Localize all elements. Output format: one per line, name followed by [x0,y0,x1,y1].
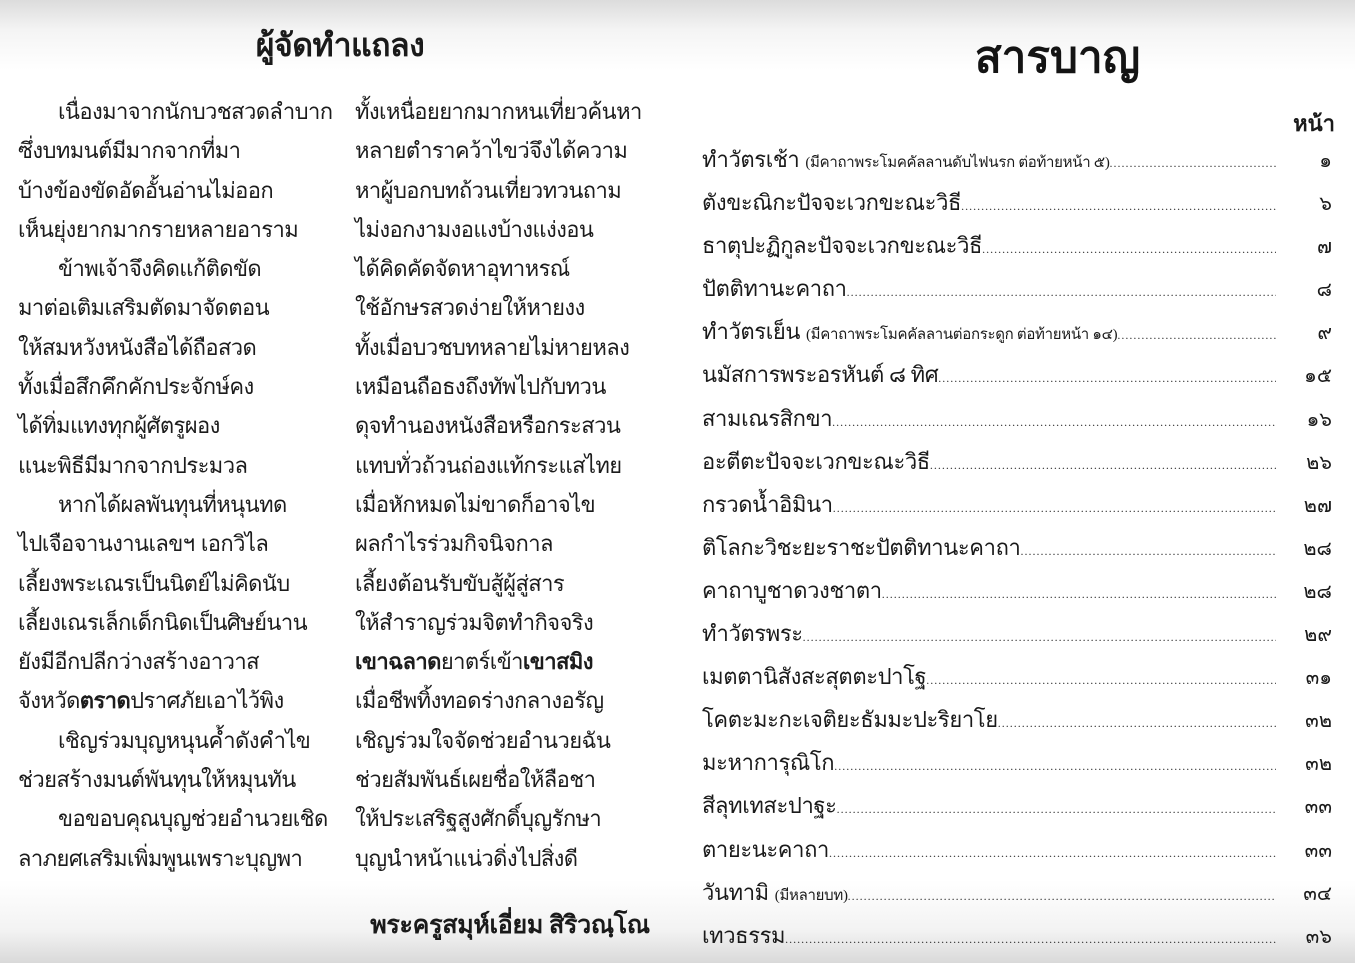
toc-entry-page: ๒๙ [1290,614,1332,657]
dot-leader: ........................................… [1117,314,1276,357]
poem-line: ไม่งอกงามงอแงบ้างแง่งอน [355,211,675,250]
toc-entry-page: ๑ [1290,140,1332,183]
toc-entry-page: ๒๘ [1290,571,1332,614]
toc-entry[interactable]: นมัสการพระอรหันต์ ๘ ทิศ ................… [702,353,1332,396]
dot-leader: ........................................… [1110,142,1276,185]
poem-line: ดุจทำนองหนังสือหรือกระสวน [355,407,675,446]
dot-leader: ........................................… [848,875,1276,918]
dot-leader: ........................................… [833,487,1276,530]
poem-emphasis: ตราด [80,689,130,714]
poem-line: เนื่องมาจากนักบวชสวดลำบาก [18,93,348,132]
poem-line: เมื่อหักหมดไม่ขาดก็อาจไข [355,486,675,525]
toc-entry-page: ๒๖ [1290,442,1332,485]
toc-entry-title: มะหาการุณิโก [702,741,834,784]
poem-text: ปราศภัยเอาไว้พิง [130,689,283,714]
author-signature: พระครูสมุห์เอี่ยม สิริวณฺโณ [350,905,670,945]
poem-line: เชิญร่วมบุญหนุนค้ำดังคำไข [18,722,348,761]
poem-line: เชิญร่วมใจจัดช่วยอำนวยฉัน [355,722,675,761]
poem-line: ผลกำไรร่วมกิจนิจกาล [355,525,675,564]
toc-entry[interactable]: สีลุทเทสะปาฐะ ..........................… [702,784,1332,827]
toc-entry-title: ติโลกะวิชะยะราชะปัตติทานะคาถา [702,526,1020,569]
toc-entry-page: ๑๕ [1290,355,1332,398]
poem-emphasis: เขาสมิง [523,650,593,675]
toc-entry-title: สีลุทเทสะปาฐะ [702,784,837,827]
poem-line: ขอขอบคุณบุญช่วยอำนวยเชิด [18,800,348,839]
poem-line: ให้สมหวังหนังสือได้ถือสวด [18,329,348,368]
dot-leader: ........................................… [1020,530,1276,573]
toc-entry-page: ๒๘ [1290,528,1332,571]
poem-line: เมื่อชีพทิ้งทอดร่างกลางอรัญ [355,682,675,721]
toc-entry-page: ๙ [1290,312,1332,355]
poem-line: ทั้งเมื่อสึกคึกคักประจักษ์คง [18,368,348,407]
toc-entry-title: โคตะมะกะเจติยะธัมมะปะริยาโย [702,698,998,741]
poem-line: เห็นยุ่งยากมากรายหลายอาราม [18,211,348,250]
toc-entry-title: ทำวัตรพระ [702,612,803,655]
poem-line: ช่วยสร้างมนต์พันทุนให้หมุนทัน [18,761,348,800]
toc-entry[interactable]: ตังขะณิกะปัจจะเวกขะณะวิธี ..............… [702,181,1332,224]
toc-entry-title: ทำวัตรเย็น [702,310,800,353]
toc-entry[interactable]: ทำวัตรเย็น (มีคาถาพระโมคคัลลานต่อกระดูก … [702,310,1332,353]
toc-entry-page: ๘ [1290,269,1332,312]
poem-line: หาผู้บอกบทถ้วนเที่ยวทวนถาม [355,172,675,211]
poem-line: หลายตำราคว้าไขว่จึงได้ความ [355,132,675,171]
dot-leader: ........................................… [847,271,1276,314]
toc-entry[interactable]: ปัตติทานะคาถา ..........................… [702,267,1332,310]
toc-entry-page: ๗ [1290,226,1332,269]
poem-line: เขาฉลาดยาตร์เข้าเขาสมิง [355,643,675,682]
poem-text: ยาตร์เข้า [441,650,523,675]
toc-entry-title: วันทามิ [702,871,769,914]
toc-entry[interactable]: โคตะมะกะเจติยะธัมมะปะริยาโย ............… [702,698,1332,741]
toc-entry[interactable]: เมตตานิสังสะสุตตะปาโฐ ..................… [702,655,1332,698]
poem-line: มาต่อเติมเสริมตัดมาจัดตอน [18,289,348,328]
poem-line: เหมือนถือธงถึงทัพไปกับทวน [355,368,675,407]
toc-entry[interactable]: ติโลกะวิชะยะราชะปัตติทานะคาถา ..........… [702,526,1332,569]
contents-title: สารบาญ [680,22,1355,92]
toc-entry[interactable]: กรวดน้ำอิมินา ..........................… [702,483,1332,526]
poem-emphasis: เขาฉลาด [355,650,441,675]
poem-line: เลี้ยงต้อนรับขับสู้ผู้สู่สาร [355,565,675,604]
poem-line: ได้ทิ่มแทงทุกผู้ศัตรูผอง [18,407,348,446]
poem-line: ทั้งเหนื่อยยากมากหนเที่ยวค้นหา [355,93,675,132]
table-of-contents: ทำวัตรเช้า (มีคาถาพระโมคคัลลานดับไฟนรก ต… [702,138,1332,957]
poem-line: ไปเจือจานงานเลขฯ เอกวิไล [18,525,348,564]
toc-entry[interactable]: ตายะนะคาถา .............................… [702,828,1332,871]
dot-leader: ........................................… [998,702,1276,745]
toc-entry-title: ทำวัตรเช้า [702,138,799,181]
toc-entry[interactable]: ธาตุปะฏิกูละปัจจะเวกขะณะวิธี ...........… [702,224,1332,267]
dot-leader: ........................................… [982,228,1276,271]
toc-entry-title: เมตตานิสังสะสุตตะปาโฐ [702,655,926,698]
poem-line: ได้คิดคัดจัดหาอุทาหรณ์ [355,250,675,289]
toc-entry-page: ๒๗ [1290,485,1332,528]
toc-entry-title: นมัสการพระอรหันต์ ๘ ทิศ [702,353,938,396]
poem-line: ทั้งเมื่อบวชบทหลายไม่หายหลง [355,329,675,368]
toc-entry-title: ปัตติทานะคาถา [702,267,847,310]
toc-entry-page: ๓๖ [1290,916,1332,959]
dot-leader: ........................................… [829,832,1276,875]
poem-line: เลี้ยงพระเณรเป็นนิตย์ไม่คิดนับ [18,565,348,604]
poem-line: จังหวัดตราดปราศภัยเอาไว้พิง [18,682,348,721]
toc-entry-page: ๓๓ [1290,830,1332,873]
poem-line: แทบทั่วถ้วนถ่องแท้กระแสไทย [355,447,675,486]
poem-line: บ้างข้องขัดอัดอั้นอ่านไม่ออก [18,172,348,211]
poem-line: ข้าพเจ้าจึงคิดแก้ติดขัด [18,250,348,289]
dot-leader: ........................................… [832,401,1276,444]
toc-entry[interactable]: มะหาการุณิโก ...........................… [702,741,1332,784]
toc-entry-title: สามเณรสิกขา [702,397,832,440]
toc-entry[interactable]: อะตีตะปัจจะเวกขะณะวิธี .................… [702,440,1332,483]
toc-entry[interactable]: วันทามิ (มีหลายบท) .....................… [702,871,1332,914]
dot-leader: ........................................… [785,918,1276,961]
toc-entry[interactable]: คาถาบูชาดวงชาตา ........................… [702,569,1332,612]
dot-leader: ........................................… [803,616,1276,659]
toc-entry-page: ๓๒ [1290,743,1332,786]
page-number-header: หน้า [1293,106,1335,141]
toc-entry[interactable]: ทำวัตรเช้า (มีคาถาพระโมคคัลลานดับไฟนรก ต… [702,138,1332,181]
poem-line: ให้ประเสริฐสูงศักดิ์บุญรักษา [355,800,675,839]
poem-line: ให้สำราญร่วมจิตทำกิจจริง [355,604,675,643]
poem-line: บุญนำหน้าแน่วดิ่งไปสิ่งดี [355,840,675,879]
toc-entry-page: ๓๑ [1290,657,1332,700]
toc-entry[interactable]: ทำวัตรพระ ..............................… [702,612,1332,655]
poem-line: ช่วยสัมพันธ์เผยชื่อให้ลือชา [355,761,675,800]
toc-entry-page: ๑๖ [1290,399,1332,442]
poem-line: แนะพิธีมีมากจากประมวล [18,447,348,486]
poem-line: หากได้ผลพันทุนที่หนุนทด [18,486,348,525]
toc-entry-note: (มีคาถาพระโมคคัลลานต่อกระดูก ต่อท้ายหน้า… [806,314,1117,357]
poem-line: ยังมีอีกปลีกว่างสร้างอาวาส [18,643,348,682]
dot-leader: ........................................… [961,185,1276,228]
toc-entry-note: (มีหลายบท) [775,875,848,918]
toc-entry[interactable]: เทวธรรม ................................… [702,914,1332,957]
poem-line: ใช้อักษรสวดง่ายให้หายงง [355,289,675,328]
toc-entry-title: ธาตุปะฏิกูละปัจจะเวกขะณะวิธี [702,224,982,267]
toc-entry-page: ๖ [1290,183,1332,226]
poem-text: จังหวัด [18,689,80,714]
toc-entry-note: (มีคาถาพระโมคคัลลานดับไฟนรก ต่อท้ายหน้า … [805,142,1109,185]
dot-leader: ........................................… [938,357,1276,400]
dot-leader: ........................................… [834,745,1276,788]
poem-column-2: ทั้งเหนื่อยยากมากหนเที่ยวค้นหาหลายตำราคว… [355,93,675,879]
toc-entry-title: ตังขะณิกะปัจจะเวกขะณะวิธี [702,181,961,224]
poem-column-1: เนื่องมาจากนักบวชสวดลำบากซึ่งบทมนต์มีมาก… [18,93,348,879]
poem-line: ซึ่งบทมนต์มีมากจากที่มา [18,132,348,171]
toc-entry-page: ๓๒ [1290,700,1332,743]
toc-entry-page: ๓๔ [1290,873,1332,916]
toc-entry-title: ตายะนะคาถา [702,828,829,871]
poem-line: ลาภยศเสริมเพิ่มพูนเพราะบุญพา [18,840,348,879]
toc-entry-title: กรวดน้ำอิมินา [702,483,833,526]
toc-entry-title: เทวธรรม [702,914,785,957]
dot-leader: ........................................… [882,573,1276,616]
dot-leader: ........................................… [926,659,1276,702]
poem-line: เลี้ยงเณรเล็กเด็กนิดเป็นศิษย์นาน [18,604,348,643]
toc-entry-title: อะตีตะปัจจะเวกขะณะวิธี [702,440,930,483]
toc-entry-page: ๓๓ [1290,786,1332,829]
preface-title: ผู้จัดทำแถลง [0,20,680,71]
toc-entry-title: คาถาบูชาดวงชาตา [702,569,882,612]
dot-leader: ........................................… [837,788,1276,831]
toc-entry[interactable]: สามเณรสิกขา ............................… [702,397,1332,440]
dot-leader: ........................................… [930,444,1276,487]
